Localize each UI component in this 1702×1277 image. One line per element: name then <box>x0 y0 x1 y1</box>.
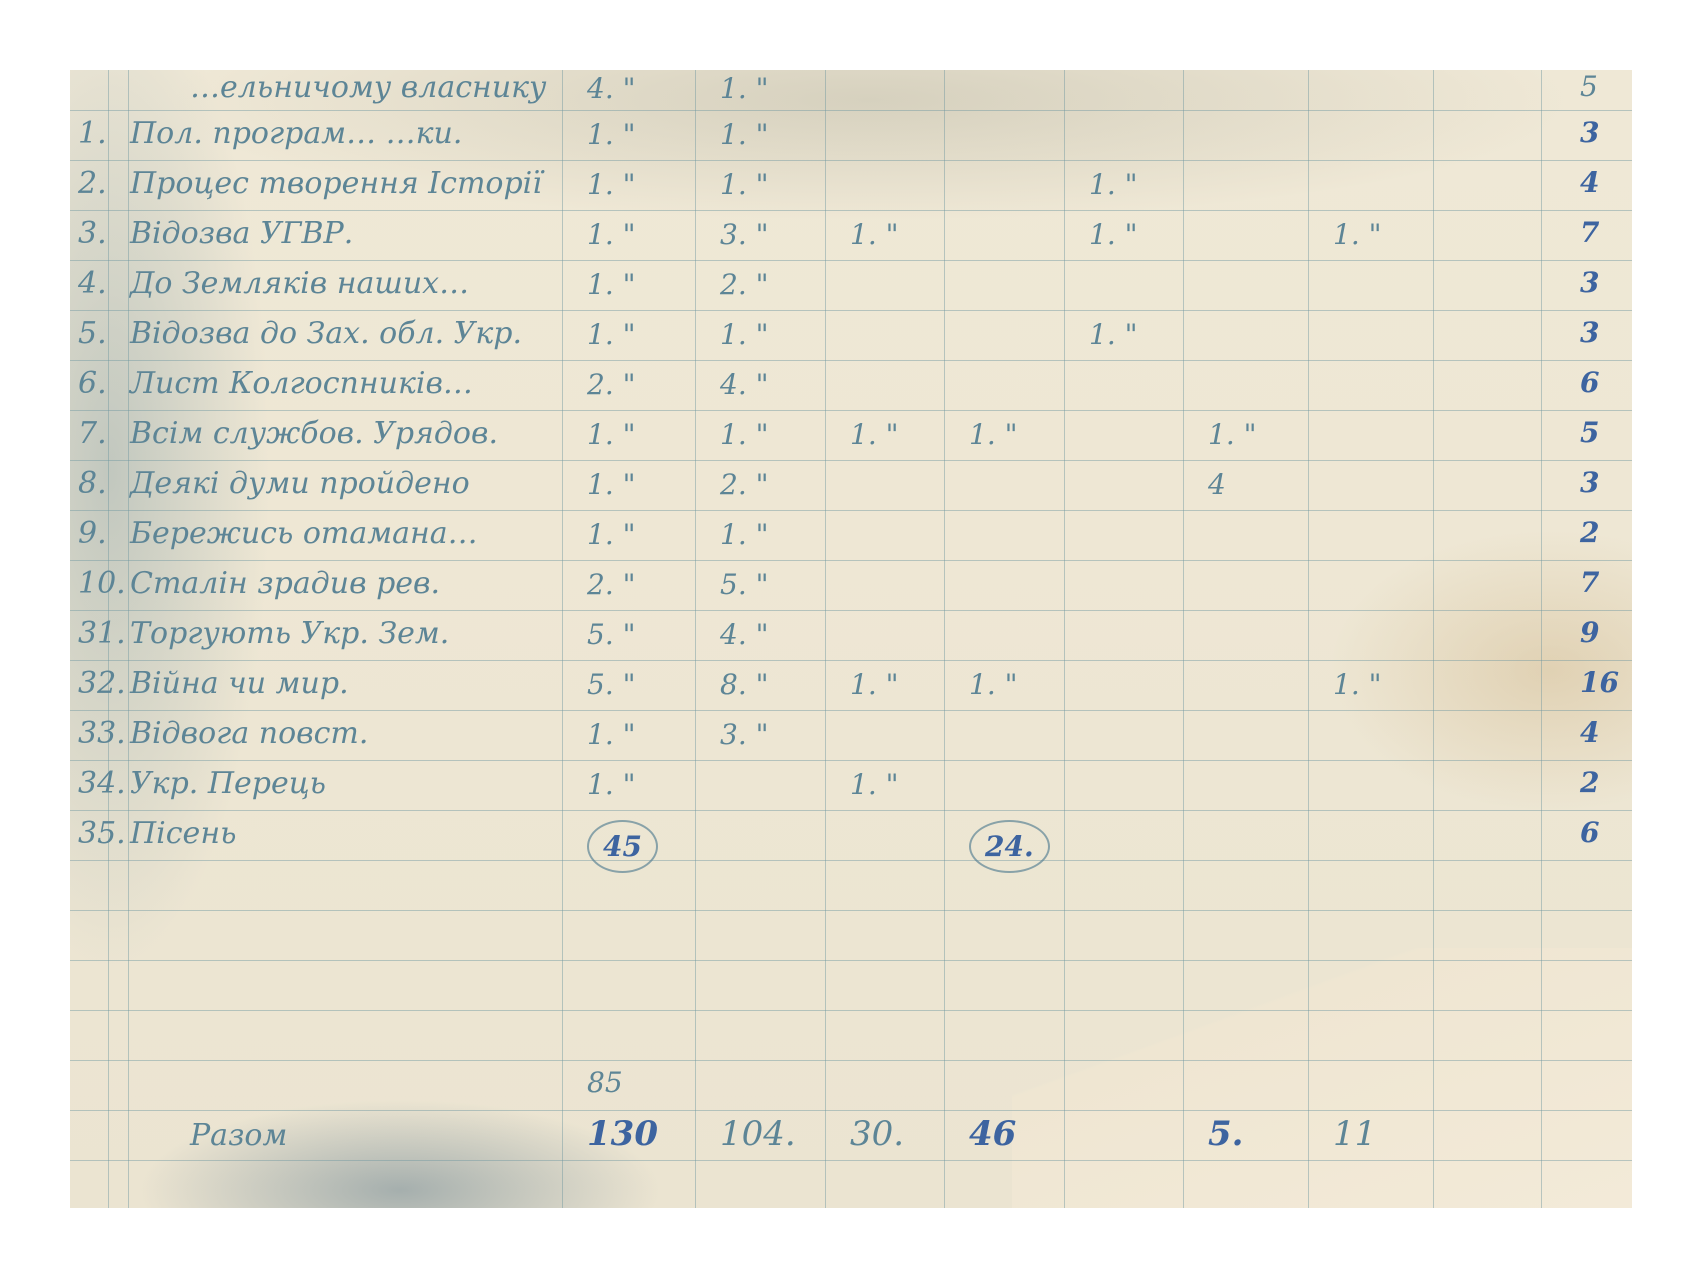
row-number: 33. <box>78 716 126 751</box>
row-cell: 1. " <box>1089 168 1138 201</box>
row-number: 9. <box>78 516 107 551</box>
row-title: Всім службов. Урядов. <box>130 416 498 451</box>
grid-rule <box>70 960 1632 961</box>
partial-row-label: …ельничому власнику <box>190 70 546 105</box>
row-number: 34. <box>78 766 126 801</box>
row-total: 9 <box>1580 616 1599 649</box>
row-title: Сталін зрадив рев. <box>130 566 440 601</box>
grid-rule <box>70 910 1632 911</box>
row-cell: 1. " <box>1333 668 1382 701</box>
row-title: Процес творення Історії <box>130 166 542 201</box>
row-cell: 1. " <box>720 318 769 351</box>
row-number: 10. <box>78 566 126 601</box>
row-cell: 1. " <box>587 268 636 301</box>
grid-column-rule <box>1308 70 1309 1208</box>
totals-cell: 46 <box>969 1114 1016 1154</box>
totals-cell: 130 <box>587 1114 658 1154</box>
row-cell: 1. " <box>587 318 636 351</box>
row-total: 5 <box>1580 416 1599 449</box>
row-number: 31. <box>78 616 126 651</box>
row-total: 3 <box>1580 316 1599 349</box>
row-cell: 5. " <box>720 568 769 601</box>
circled-count: 45 <box>587 820 658 873</box>
grid-column-rule <box>1541 70 1542 1208</box>
row-number: 7. <box>78 416 107 451</box>
row-number: 2. <box>78 166 107 201</box>
row-total: 6 <box>1580 366 1599 399</box>
row-cell: 1. " <box>1333 218 1382 251</box>
row-cell: 3. " <box>720 218 769 251</box>
row-cell: 4 <box>1208 468 1226 501</box>
grid-rule <box>70 460 1632 461</box>
row-title: Відозва УГВР. <box>130 216 353 251</box>
partial-row-total: 5 <box>1580 70 1598 103</box>
grid-rule <box>70 710 1632 711</box>
row-cell: 1. " <box>720 168 769 201</box>
row-total: 4 <box>1580 166 1599 199</box>
row-cell: 1. " <box>587 118 636 151</box>
row-cell: 1. " <box>587 168 636 201</box>
row-total: 2 <box>1580 766 1599 799</box>
grid-rule <box>70 1010 1632 1011</box>
row-cell: 1. " <box>850 218 899 251</box>
row-total: 16 <box>1580 666 1619 699</box>
row-title: Укр. Перець <box>130 766 326 801</box>
row-total: 4 <box>1580 716 1599 749</box>
partial-row-cell: 4. " <box>587 72 636 105</box>
row-title: Лист Колгоспників… <box>130 366 473 401</box>
totals-cell: 104. <box>720 1114 796 1154</box>
row-cell: 1. " <box>1208 418 1257 451</box>
grid-rule <box>70 1110 1632 1111</box>
row-title: Торгують Укр. Зем. <box>130 616 449 651</box>
row-cell: 1. " <box>720 518 769 551</box>
row-total: 3 <box>1580 116 1599 149</box>
partial-row-cell: 1. " <box>720 72 769 105</box>
subtotal-cell: 85 <box>587 1066 623 1099</box>
grid-rule <box>70 360 1632 361</box>
grid-rule <box>70 260 1632 261</box>
row-total: 7 <box>1580 566 1599 599</box>
row-title: Пісень <box>130 816 236 851</box>
grid-column-rule <box>944 70 945 1208</box>
row-number: 6. <box>78 366 107 401</box>
row-cell: 3. " <box>720 718 769 751</box>
totals-cell: 5. <box>1208 1114 1244 1154</box>
row-number: 1. <box>78 116 107 151</box>
row-cell: 5. " <box>587 618 636 651</box>
grid-rule <box>70 860 1632 861</box>
grid-rule <box>70 160 1632 161</box>
grid-column-rule <box>562 70 563 1208</box>
grid-rule <box>70 1060 1632 1061</box>
row-cell: 1. " <box>1089 218 1138 251</box>
row-cell: 1. " <box>587 418 636 451</box>
row-cell: 1. " <box>1089 318 1138 351</box>
row-title: До Земляків наших… <box>130 266 469 301</box>
row-cell: 1. " <box>587 518 636 551</box>
row-title: Пол. програм… …ки. <box>130 116 462 151</box>
row-cell: 1. " <box>587 768 636 801</box>
row-total: 2 <box>1580 516 1599 549</box>
row-cell: 2. " <box>587 568 636 601</box>
row-total: 7 <box>1580 216 1599 249</box>
grid-column-rule <box>695 70 696 1208</box>
row-title: Деякі думи пройдено <box>130 466 470 501</box>
row-cell: 2. " <box>587 368 636 401</box>
row-title: Бережись отамана… <box>130 516 478 551</box>
grid-column-rule <box>825 70 826 1208</box>
row-number: 8. <box>78 466 107 501</box>
grid-column-rule <box>1064 70 1065 1208</box>
row-cell: 8. " <box>720 668 769 701</box>
row-title: Відозва до Зах. обл. Укр. <box>130 316 522 351</box>
row-title: Відвога повст. <box>130 716 368 751</box>
row-cell: 5. " <box>587 668 636 701</box>
row-cell: 1. " <box>850 768 899 801</box>
row-title: Війна чи мир. <box>130 666 349 701</box>
row-cell: 1. " <box>720 118 769 151</box>
totals-label: Разом <box>190 1118 287 1153</box>
row-cell: 1. " <box>969 418 1018 451</box>
row-number: 32. <box>78 666 126 701</box>
row-number: 3. <box>78 216 107 251</box>
row-cell: 1. " <box>850 418 899 451</box>
grid-rule <box>70 410 1632 411</box>
grid-rule <box>70 1160 1632 1161</box>
totals-cell: 30. <box>850 1114 904 1154</box>
row-total: 3 <box>1580 266 1599 299</box>
circled-count: 24. <box>969 820 1050 873</box>
grid-column-rule <box>1433 70 1434 1208</box>
row-cell: 4. " <box>720 368 769 401</box>
grid-column-rule <box>1183 70 1184 1208</box>
row-total: 3 <box>1580 466 1599 499</box>
ledger-page: …ельничому власнику4. "1. "51.Пол. прогр… <box>70 70 1632 1208</box>
grid-rule <box>70 510 1632 511</box>
torn-corner <box>1012 948 1632 1208</box>
grid-column-rule <box>128 70 129 1208</box>
grid-rule <box>70 810 1632 811</box>
row-cell: 1. " <box>587 718 636 751</box>
row-number: 5. <box>78 316 107 351</box>
totals-cell: 11 <box>1333 1114 1376 1154</box>
row-cell: 2. " <box>720 468 769 501</box>
row-cell: 1. " <box>720 418 769 451</box>
row-number: 35. <box>78 816 126 851</box>
grid-rule <box>70 310 1632 311</box>
grid-rule <box>70 760 1632 761</box>
grid-rule <box>70 110 1632 111</box>
row-cell: 4. " <box>720 618 769 651</box>
row-cell: 1. " <box>587 218 636 251</box>
row-cell: 1. " <box>969 668 1018 701</box>
grid-rule <box>70 210 1632 211</box>
row-number: 4. <box>78 266 107 301</box>
row-cell: 1. " <box>587 468 636 501</box>
row-total: 6 <box>1580 816 1599 849</box>
grid-rule <box>70 560 1632 561</box>
grid-rule <box>70 660 1632 661</box>
row-cell: 2. " <box>720 268 769 301</box>
row-cell: 1. " <box>850 668 899 701</box>
grid-rule <box>70 610 1632 611</box>
